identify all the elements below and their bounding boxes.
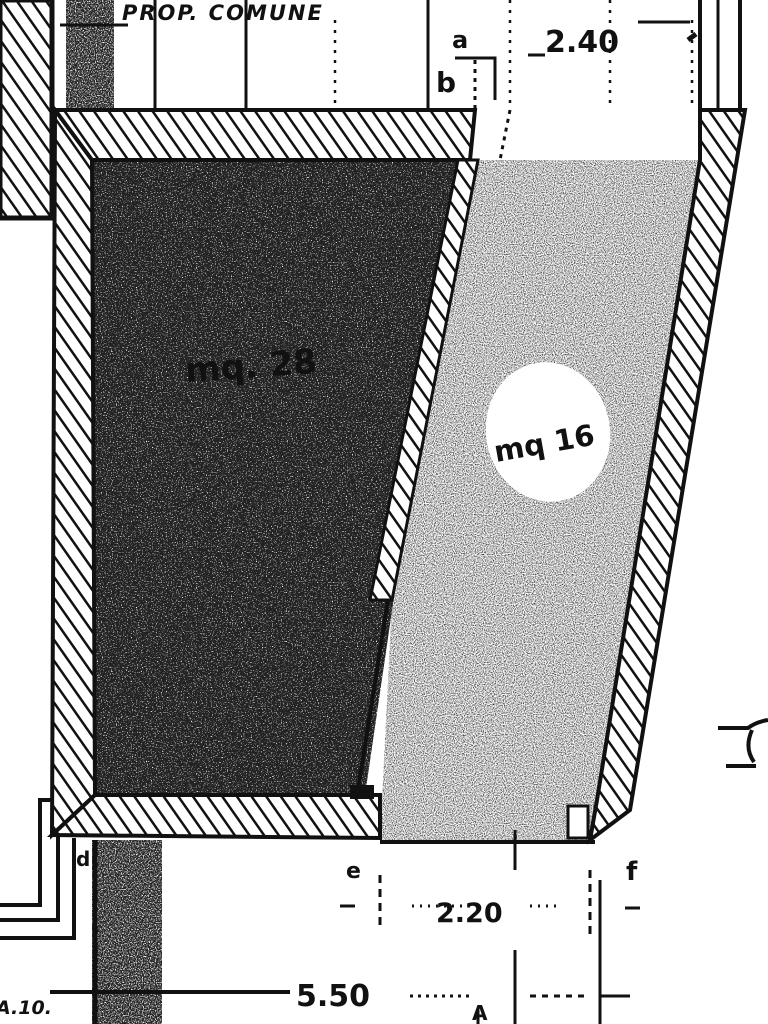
dimension-total-label: 5.50 [296,979,370,1014]
stipple-strip-top [66,0,114,110]
shared-property-label: PROP. COMUNE [122,1,324,25]
marker-b: b [436,66,456,99]
marker-d: d [76,847,90,871]
marker-a-top: a [452,26,468,54]
dimension-top-label: 2.40 [545,25,619,60]
bottom-left-fragment-label: A.10. [0,997,52,1019]
left-neighbour-wall [0,0,52,218]
marker-a-bottom: A [472,1001,488,1024]
marker-e: e [346,859,361,884]
marker-f: f [626,857,638,887]
dimension-room-label: 2.20 [436,898,503,929]
floor-plan: PROP. COMUNE mq. 28 mq 16 2.40 2.20 5.50… [0,0,768,1024]
